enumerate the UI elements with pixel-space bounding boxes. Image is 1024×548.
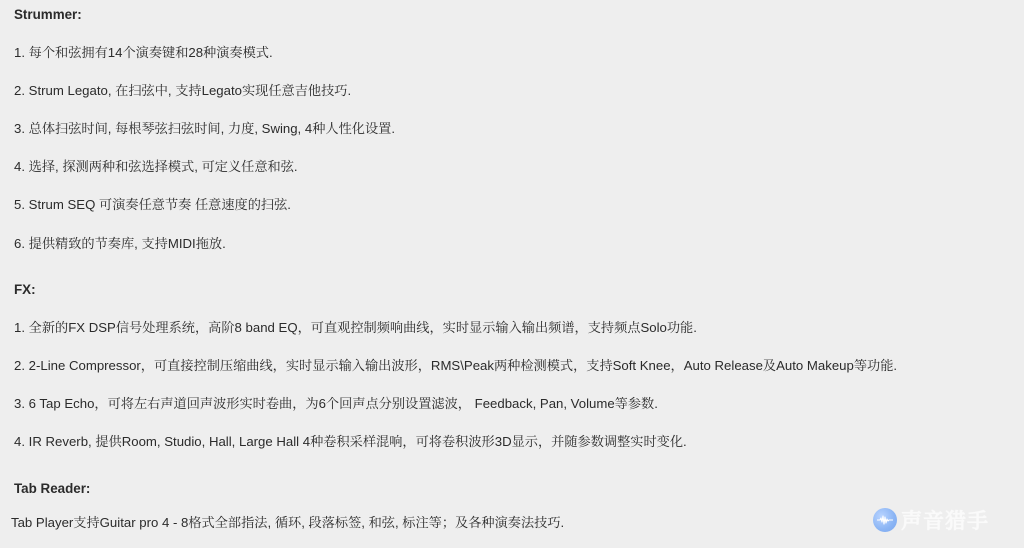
section-heading-strummer: Strummer:: [14, 7, 82, 23]
strummer-item-6: 6. 提供精致的节奏库, 支持MIDI拖放.: [14, 236, 226, 252]
sound-wave-icon: [873, 508, 897, 532]
watermark-text: 声音猎手: [901, 505, 989, 535]
section-heading-fx: FX:: [14, 282, 36, 298]
tab-reader-item-1: Tab Player支持Guitar pro 4 - 8格式全部指法, 循环, …: [11, 515, 564, 531]
strummer-item-5: 5. Strum SEQ 可演奏任意节奏 任意速度的扫弦.: [14, 197, 291, 213]
watermark: 声音猎手: [873, 505, 989, 535]
strummer-item-2: 2. Strum Legato, 在扫弦中, 支持Legato实现任意吉他技巧.: [14, 83, 351, 99]
strummer-item-4: 4. 选择, 探测两种和弦选择模式, 可定义任意和弦.: [14, 159, 298, 175]
fx-item-3: 3. 6 Tap Echo，可将左右声道回声波形实时卷曲，为6个回声点分别设置滤…: [14, 396, 658, 412]
strummer-item-3: 3. 总体扫弦时间, 每根琴弦扫弦时间, 力度, Swing, 4种人性化设置.: [14, 121, 395, 137]
fx-item-4: 4. IR Reverb, 提供Room, Studio, Hall, Larg…: [14, 434, 687, 450]
strummer-item-1: 1. 每个和弦拥有14个演奏键和28种演奏模式.: [14, 45, 273, 61]
section-heading-tab-reader: Tab Reader:: [14, 481, 90, 497]
fx-item-1: 1. 全新的FX DSP信号处理系统，高阶8 band EQ，可直观控制频响曲线…: [14, 320, 697, 336]
fx-item-2: 2. 2-Line Compressor，可直接控制压缩曲线，实时显示输入输出波…: [14, 358, 897, 374]
